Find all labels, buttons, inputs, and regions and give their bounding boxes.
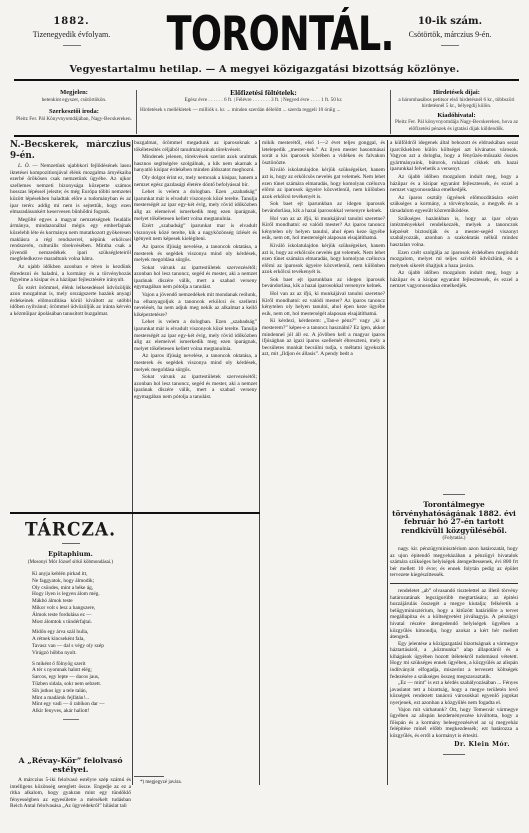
article-paragraph: Oly dolgot érint ez, mely nemcsak a kisi… [134, 175, 257, 188]
volume-label: Tizenegyedik évfolyam. [14, 30, 129, 39]
article-paragraph: mikik mesterétől, első 1—2 évet teljes g… [262, 140, 385, 166]
article-paragraph: És ezért örömmel, élénk lelkesedéssel üd… [10, 285, 131, 318]
council-article: Torontálmegye törvényhatóságának 1882. é… [390, 488, 518, 761]
masthead-left: 1882. Tizenegyedik évfolyam. [14, 16, 129, 46]
article-paragraph: Hol van az az ifjú, ki munkájával tanuln… [262, 291, 385, 317]
article-paragraph: Sokat várunk az ipartestületek szervezés… [134, 265, 257, 291]
ad-prices-heading: Hirdetések díjai: [394, 90, 519, 97]
subscription-prices: Egész évre . . . . . . 6 ft. | Félévre .… [140, 97, 387, 104]
publication-info: Megjelen: hetenkint egyszer, csütörtökön… [14, 90, 134, 134]
poem-line: Sarcos, egy lepte — dacos jaus, [32, 674, 131, 681]
author-signature: Dr. Klein Mór. [390, 742, 518, 749]
poem-stanza: S miként ő fölnyög szerit A tér s nyomna… [32, 661, 131, 715]
ornament-rule [63, 45, 81, 46]
year-label: 1882. [14, 16, 129, 27]
newspaper-title: TORONTÁL. [167, 6, 370, 64]
article-paragraph: A márczius 5-iki felolvasó estélyre szép… [10, 777, 131, 810]
poem-line: Hogy ilyen is legyen álom még. [32, 591, 131, 598]
poem-line: Oly csöndes, mint a béke ág, [32, 585, 131, 592]
poem-line: A rétnek kincseként fala, [32, 636, 131, 643]
article-paragraph: Ki kérdezi, kérdezem: „Tan-e pénz?” vagy… [262, 318, 385, 358]
article-paragraph: Lehet is velem a dologban. Ezen „szabads… [134, 189, 257, 222]
ornament-rule [63, 719, 79, 720]
feuilleton: TÁRCZA. Epitaphium. (Mosonyi Mór József … [10, 520, 131, 720]
poem-line: S miként ő fölnyög szerit [32, 661, 131, 668]
feuilleton-title: TÁRCZA. [10, 519, 131, 541]
issue-date: Csötörtök, márczius 9-én. [385, 30, 515, 39]
feuilleton-divider [10, 512, 260, 514]
revay-article: A „Révay-Kör” felolvasó estélyei. A márc… [10, 756, 131, 810]
poem-line: Sih jutkos így a tele talán, [32, 688, 131, 695]
info-band: Megjelen: hetenkint egyszer, csütörtökön… [14, 90, 519, 134]
published-heading: Megjelen: [14, 90, 134, 97]
article-paragraph: buzgalmat, örömmel megadunk az iparosokn… [134, 140, 257, 153]
subscription-heading: Előfizetési föltételek: [140, 90, 387, 97]
poem-line: Most álomtok s tündérfajtai. [32, 619, 131, 626]
article-paragraph: Ezért „szabadság” iparunkat mar is elvad… [134, 223, 257, 243]
column-divider [132, 140, 133, 785]
article-author: L. Ö. [18, 163, 30, 169]
notices-text: Hirdetések s mellékletek — milliók s. kr… [140, 107, 387, 114]
advertising-info: Hirdetések díjai: a háromhasábos petitso… [394, 90, 519, 134]
article-paragraph: Ezen czélt szolgálja az iparosok érdekéb… [390, 250, 518, 270]
article-paragraph: Sokat várunk az ipartestületek szervezés… [134, 374, 257, 400]
article-paragraph: L. Ö. — Nemzetünk ujabbkori fejlődésének… [10, 163, 131, 216]
poem-line: Mákbó álmok teste [32, 598, 131, 605]
article-paragraph: Sok baet ejt iparunkban az idegen iparos… [262, 277, 385, 290]
issue-number: 10-ik szám. [385, 16, 515, 27]
column-3: mikik mesterétől, első 1—2 évet teljes g… [262, 140, 385, 770]
column-2: buzgalmat, örömmel megadunk az iparosokn… [134, 140, 257, 770]
article-paragraph: Az iparos osztály ügyének előmozdítására… [390, 195, 518, 215]
article-paragraph: a külföldről idegenek által behozott és … [390, 140, 518, 173]
masthead: 1882. Tizenegyedik évfolyam. TORONTÁL. 1… [0, 6, 529, 66]
poem-line: Ne faggyatok, hogy álmodik; [32, 578, 131, 585]
subscription-info: Előfizetési föltételek: Egész évre . . .… [136, 90, 391, 134]
poem-line: Alkir fenyves, akár hallott! [32, 708, 131, 715]
article-paragraph: Az újabb időben mozgalom indult meg, hog… [390, 270, 518, 290]
column-divider [259, 140, 260, 785]
article-paragraph: nagy. kir. pénzügyminisztérium azon hatá… [390, 546, 518, 579]
masthead-divider [14, 79, 519, 81]
article-paragraph: Az iparos ifjúság nevelése, a tanoncok o… [134, 353, 257, 373]
column-4: a külföldről idegenek által behozott és … [390, 140, 518, 470]
footnote: *) megjegyzé javára. [140, 780, 182, 785]
article-paragraph: Megölté egyes a magyar nemzetségnek feud… [10, 217, 131, 263]
poem-line: Mikor volt s lesz a hangszere, [32, 605, 131, 612]
footnote-rule [134, 776, 164, 777]
newspaper-page: 1882. Tizenegyedik évfolyam. TORONTÁL. 1… [0, 0, 529, 833]
poem-line: Virágzó hőbba nyolt. [32, 650, 131, 657]
article-paragraph: Hol van az az ifjú, ki munkájával tanuln… [262, 216, 385, 242]
lead-article: N.-Becskerek, márczius 9-én. L. Ö. — Nem… [10, 140, 131, 505]
ad-prices-text: a háromhasábos petitsor első hirdetésnél… [394, 97, 519, 110]
continuation-note: (Folytatás.) [390, 536, 518, 543]
poem-stanza: Midőn egy árva szál hulla, A rétnek kinc… [32, 629, 131, 656]
publisher-heading: Kiadóhivatal: [394, 113, 519, 120]
masthead-right: 10-ik szám. Csötörtök, márczius 9-én. [385, 16, 515, 46]
article-paragraph: Egy jelentése a közigazgatási bizottságn… [390, 641, 518, 681]
publisher-text: Pleitz Fer. Pál könyvnyomdája Nagy-Becsk… [394, 119, 519, 132]
editorial-text: Pleitz Fer. Pál Könyvnyomdájában, Nagy-B… [14, 116, 134, 123]
article-paragraph: Kiváló iskolatulajdon kérjük szükségeike… [262, 167, 385, 200]
article-paragraph: Az iparos ifjúság nevelése, a tanoncok o… [134, 244, 257, 264]
poem-line: Tűzben sidala, sokr nem sebzett. [32, 681, 131, 688]
article-paragraph: Lehet is velem a dologban. Ezen „szabads… [134, 319, 257, 352]
paragraph-text: — Nemzetünk ujabbkori fejlődésének lassu… [10, 163, 131, 215]
section-separator [443, 754, 465, 755]
column-divider [387, 140, 388, 785]
inline-rule [390, 583, 518, 584]
newspaper-subtitle: Vegyestartalmu hetilap. — A megyei közig… [0, 64, 529, 75]
article-paragraph: rendeletet „ab” olvasandó tisztelettel a… [390, 588, 518, 641]
article-paragraph: Az újabb időben mozgalom indult meg, hog… [390, 174, 518, 194]
article-paragraph: Vajon a jövendő nemzedékek mit mondanak … [134, 292, 257, 318]
poem-subtitle: (Mosonyi Mór József sírkő köbmondásai.) [10, 560, 131, 565]
article-paragraph: Mindenek jelenen, törekvések szerint azo… [134, 154, 257, 174]
section-separator [443, 494, 465, 495]
article-dateline: N.-Becskerek, márczius 9-én. [10, 140, 131, 162]
ornament-rule [441, 45, 459, 46]
poem-line: Ki anyja keblén pirkad itt, [32, 571, 131, 578]
article-paragraph: Sok baet ejt iparunkban az idegen iparos… [262, 201, 385, 214]
article-paragraph: Vajon mit várhatunk? Ott, hogy Temesvár … [390, 707, 518, 740]
revay-heading: A „Révay-Kör” felolvasó estélyei. [10, 756, 131, 774]
article-paragraph: „Ez — mint” is ezt a kérdés szabályozásá… [390, 680, 518, 706]
info-divider [14, 135, 519, 137]
poem-line: Mint a madárok fejfátán!... [32, 695, 131, 702]
poem-line: Álmok teste fordulása ez — [32, 612, 131, 619]
council-heading: Torontálmegye törvényhatóságának 1882. é… [390, 501, 518, 535]
article-paragraph: Kiváló iskolatulajdon kérjük szükségeike… [262, 243, 385, 276]
poem-title: Epitaphium. [10, 550, 131, 558]
poem-line: A tér s nyomnak halott elég; [32, 667, 131, 674]
published-text: hetenkint egyszer, csütörtökön. [14, 97, 134, 104]
editorial-heading: Szerkesztői iroda: [14, 109, 134, 116]
article-paragraph: Szükséges hazánkban is, hogy az ipar oly… [390, 216, 518, 249]
poem-line: Tavasz van — dal s végy oly szép [32, 643, 131, 650]
poem-body: Ki anyja keblén pirkad itt, Ne faggyatok… [10, 571, 131, 715]
article-paragraph: Az ujabb időkben azonban e téren is kezd… [10, 264, 131, 284]
poem-stanza: Ki anyja keblén pirkad itt, Ne faggyatok… [32, 571, 131, 625]
ornament-rule [62, 543, 80, 544]
